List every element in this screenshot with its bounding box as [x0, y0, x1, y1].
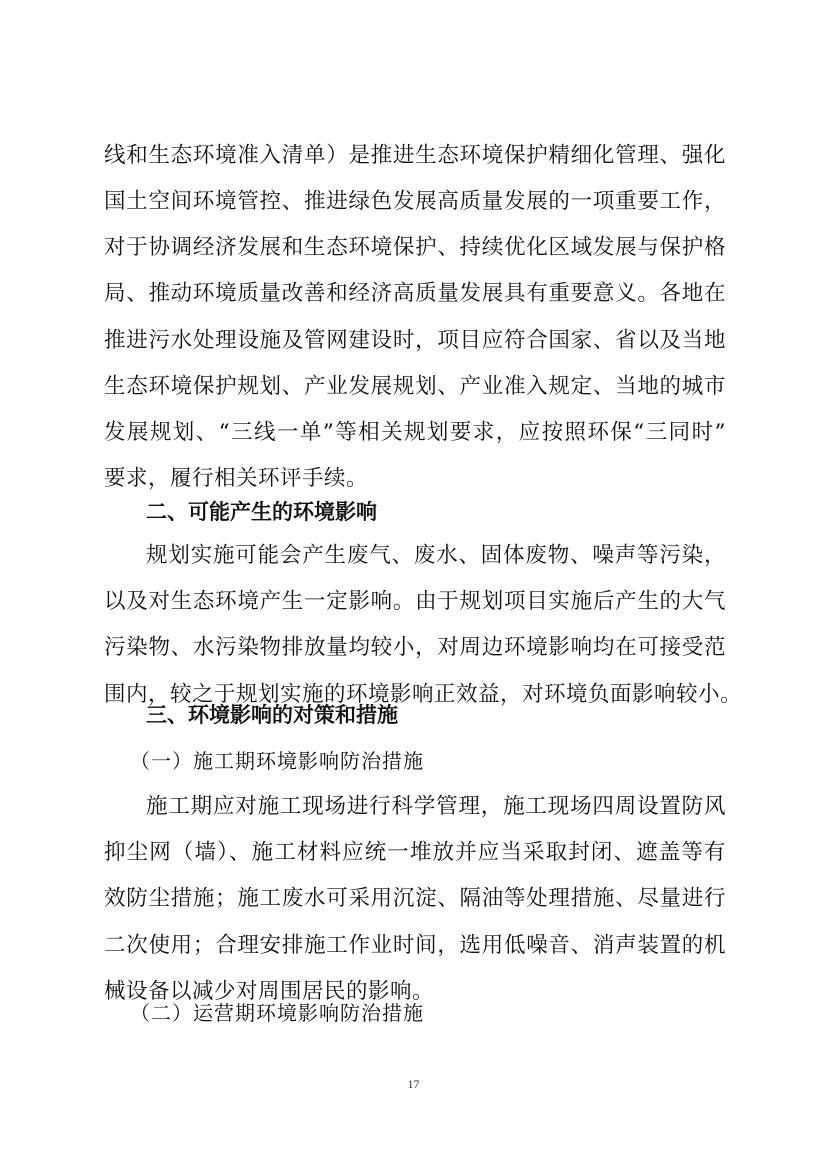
section-heading-countermeasures: 三、环境影响的对策和措施: [146, 700, 398, 730]
paragraph-line: 污染物、水污染物排放量均较小，对周边环境影响均在可接受范: [104, 633, 726, 663]
paragraph-line: 推进污水处理设施及管网建设时，项目应符合国家、省以及当地: [104, 326, 726, 356]
paragraph-line: 生态环境保护规划、产业发展规划、产业准入规定、当地的城市: [104, 372, 726, 402]
paragraph-line: 施工期应对施工现场进行科学管理，施工现场四周设置防风: [146, 792, 726, 822]
section-heading-environmental-impact: 二、可能产生的环境影响: [146, 497, 377, 527]
page-number: 17: [0, 1077, 827, 1092]
paragraph-line: 局、推动环境质量改善和经济高质量发展具有重要意义。各地在: [104, 279, 726, 309]
paragraph-line: 国土空间环境管控、推进绿色发展高质量发展的一项重要工作，: [104, 187, 726, 217]
paragraph-line: 要求，履行相关环评手续。: [104, 464, 726, 494]
paragraph-line: 效防尘措施；施工废水可采用沉淀、隔油等处理措施、尽量进行: [104, 884, 726, 914]
paragraph-line: 发展规划、“三线一单”等相关规划要求，应按照环保“三同时”: [104, 418, 726, 448]
paragraph-line: 线和生态环境准入清单）是推进生态环境保护精细化管理、强化: [104, 141, 726, 171]
paragraph-line: 以及对生态环境产生一定影响。由于规划项目实施后产生的大气: [104, 587, 726, 617]
paragraph-line: 抑尘网（墙）、施工材料应统一堆放并应当采取封闭、遮盖等有: [104, 838, 726, 868]
paragraph-line: 二次使用；合理安排施工作业时间，选用低噪音、消声装置的机: [104, 931, 726, 961]
document-page: 线和生态环境准入清单）是推进生态环境保护精细化管理、强化 国土空间环境管控、推进…: [0, 0, 827, 1169]
paragraph-line: 规划实施可能会产生废气、废水、固体废物、噪声等污染，: [146, 541, 726, 571]
subsection-heading-construction: （一）施工期环境影响防治措施: [130, 746, 424, 776]
subsection-heading-operation: （二）运营期环境影响防治措施: [130, 998, 424, 1028]
paragraph-line: 对于协调经济发展和生态环境保护、持续优化区域发展与保护格: [104, 233, 726, 263]
